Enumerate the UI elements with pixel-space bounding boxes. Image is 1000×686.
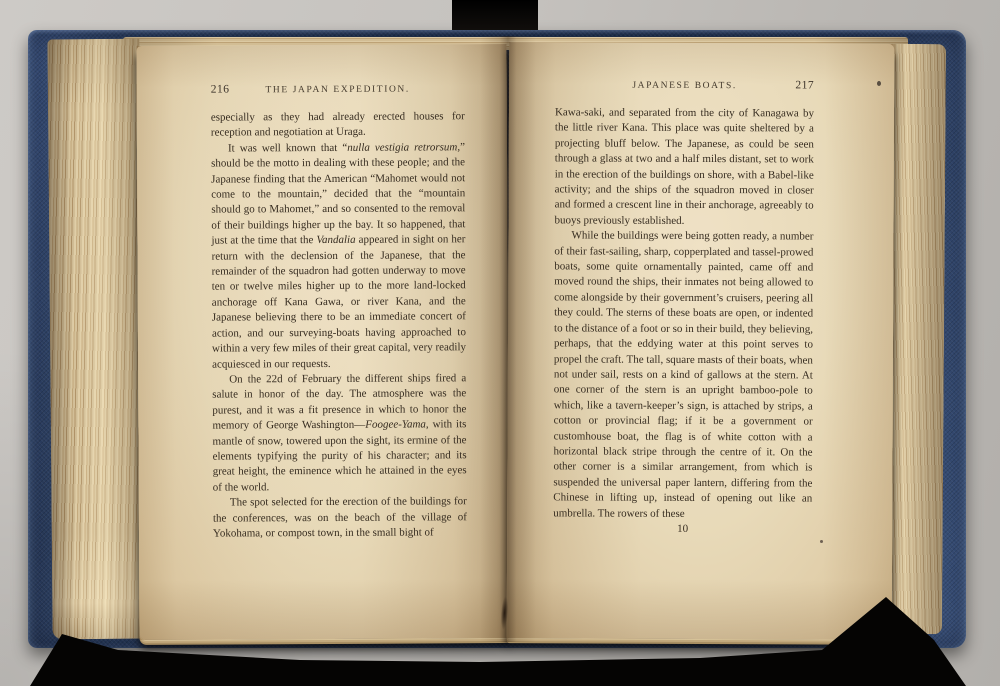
left-page-text: especially as they had already erected h… [211, 109, 467, 542]
text-segment: ,” should be the motto in dealing with t… [211, 141, 465, 247]
left-page: 216 THE JAPAN EXPEDITION. especially as … [136, 44, 509, 640]
text-segment: Kawa-saki, and separated from the city o… [554, 106, 814, 226]
italic-text: Foogee-Yama [365, 419, 426, 431]
paragraph: It was well known that “nulla vestigia r… [211, 140, 466, 372]
right-page-header: JAPANESE BOATS. 217 [555, 80, 814, 96]
text-segment: especially as they had already erected h… [211, 110, 465, 139]
text-segment: It was well known that “ [228, 142, 347, 155]
book-photograph-scene: 216 THE JAPAN EXPEDITION. especially as … [0, 0, 1000, 686]
right-running-title: JAPANESE BOATS. [555, 80, 814, 91]
text-segment: The spot selected for the erection of th… [213, 495, 467, 539]
open-book: 216 THE JAPAN EXPEDITION. especially as … [28, 30, 966, 648]
italic-text: Vandalia [316, 234, 355, 246]
text-segment: appeared in sight on her return with the… [212, 234, 467, 371]
paragraph: The spot selected for the erection of th… [213, 494, 467, 542]
paragraph: While the buildings were being gotten re… [553, 229, 813, 523]
paragraph: On the 22d of February the different shi… [212, 371, 467, 496]
page-edges-left [47, 39, 144, 640]
right-page: JAPANESE BOATS. 217 Kawa-saki, and separ… [507, 42, 895, 640]
paragraph: especially as they had already erected h… [211, 109, 465, 141]
italic-text: nulla vestigia retrorsum [347, 141, 457, 154]
left-page-content: 216 THE JAPAN EXPEDITION. especially as … [136, 44, 509, 640]
right-page-content: JAPANESE BOATS. 217 Kawa-saki, and separ… [507, 42, 895, 640]
text-segment: While the buildings were being gotten re… [553, 230, 813, 520]
signature-mark: 10 [553, 522, 812, 535]
page-edges-right [886, 44, 946, 634]
left-page-header: 216 THE JAPAN EXPEDITION. [211, 84, 465, 100]
paper-speck [877, 81, 881, 86]
right-page-number: 217 [795, 79, 814, 91]
right-page-text: Kawa-saki, and separated from the city o… [553, 105, 814, 522]
left-running-title: THE JAPAN EXPEDITION. [211, 84, 465, 95]
paper-speck [820, 540, 823, 543]
paragraph: Kawa-saki, and separated from the city o… [554, 105, 814, 229]
